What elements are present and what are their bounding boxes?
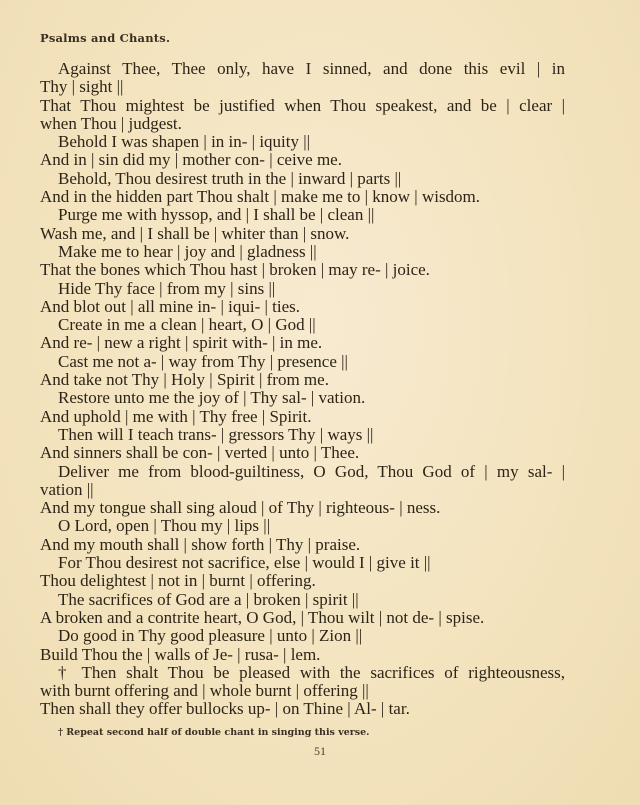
verse-line: Deliver me from blood-guiltiness, O God,… [40,463,565,481]
verse-line: with burnt offering and | whole burnt | … [40,682,565,700]
verse-line: Behold I was shapen | in in- | iquity || [40,133,565,151]
verse-line: Build Thou the | walls of Je- | rusa- | … [40,646,565,664]
verse-line: vation || [40,481,565,499]
verse-line: Then shall they offer bullocks up- | on … [40,700,565,718]
verse-line: when Thou | judgest. [40,115,565,133]
verse-line: Cast me not a- | way from Thy | presence… [40,353,565,371]
page-number: 51 [0,744,640,759]
verse-line: That Thou mightest be justified when Tho… [40,97,565,115]
verse-line: Do good in Thy good pleasure | unto | Zi… [40,627,565,645]
footnote: † Repeat second half of double chant in … [58,727,369,738]
verse-line: And re- | new a right | spirit with- | i… [40,334,565,352]
verse-line: A broken and a contrite heart, O God, | … [40,609,565,627]
verse-line: And blot out | all mine in- | iqui- | ti… [40,298,565,316]
verse-line: And take not Thy | Holy | Spirit | from … [40,371,565,389]
verse-line: Thy | sight || [40,78,565,96]
verse-line: And my tongue shall sing aloud | of Thy … [40,499,565,517]
verse-line: Thou delightest | not in | burnt | offer… [40,572,565,590]
verse-line: Purge me with hyssop, and | I shall be |… [40,206,565,224]
verse-line: Then will I teach trans- | gressors Thy … [40,426,565,444]
verse-line: Create in me a clean | heart, O | God || [40,316,565,334]
verse-line: Wash me, and | I shall be | whiter than … [40,225,565,243]
verse-line: And my mouth shall | show forth | Thy | … [40,536,565,554]
verse-line: † Then shalt Thou be pleased with the sa… [40,664,565,682]
verse-line: Make me to hear | joy and | gladness || [40,243,565,261]
verse-line: Hide Thy face | from my | sins || [40,280,565,298]
verse-line: Restore unto me the joy of | Thy sal- | … [40,389,565,407]
verse-line: And in | sin did my | mother con- | ceiv… [40,151,565,169]
verse-line: And in the hidden part Thou shalt | make… [40,188,565,206]
verse-line: Against Thee, Thee only, have I sinned, … [40,60,565,78]
verse-line: That the bones which Thou hast | broken … [40,261,565,279]
running-head: Psalms and Chants. [40,31,170,45]
verse-line: Behold, Thou desirest truth in the | inw… [40,170,565,188]
verse-line: O Lord, open | Thou my | lips || [40,517,565,535]
verse-line: For Thou desirest not sacrifice, else | … [40,554,565,572]
psalm-text: Against Thee, Thee only, have I sinned, … [40,60,565,719]
verse-line: And uphold | me with | Thy free | Spirit… [40,408,565,426]
verse-line: And sinners shall be con- | verted | unt… [40,444,565,462]
verse-line: The sacrifices of God are a | broken | s… [40,591,565,609]
